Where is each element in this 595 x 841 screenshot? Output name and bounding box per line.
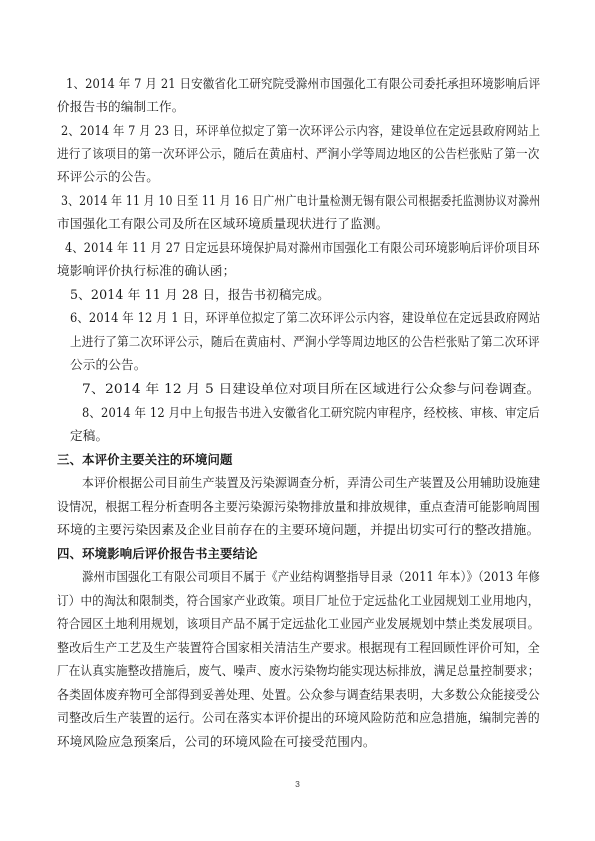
section-heading: 四、环境影响后评价报告书主要结论 xyxy=(57,546,258,562)
text-line: 订）中的淘汰和限制类，符合国家产业政策。项目厂址位于定远盐化工业园规划工业用地内… xyxy=(57,593,540,609)
page-number: 3 xyxy=(0,779,595,789)
text-line: 本评价根据公司目前生产装置及污染源调查分析，弄清公司生产装置及公用辅助设施建 xyxy=(82,475,540,491)
text-line: 定稿。 xyxy=(70,428,108,444)
text-line: 价报告书的编制工作。 xyxy=(57,99,184,115)
text-line: 整改后生产工艺及生产装置符合国家相关清洁生产要求。根据现有工程回顾性评价可知，全 xyxy=(57,640,540,656)
section-heading: 三、本评价主要关注的环境问题 xyxy=(57,452,233,468)
text-line: 境影响评价执行标准的确认函； xyxy=(57,263,235,279)
text-line: 司整改后生产装置的运行。公司在落实本评价提出的环境风险防范和应急措施，编制完善的 xyxy=(57,710,540,726)
document-page: 1、2014 年 7 月 21 日安徽省化工研究院受滁州市国强化工有限公司委托承… xyxy=(0,0,595,841)
text-line: 3、2014 年 11 月 10 日至 11 月 16 日广州广电计量检测无锡有… xyxy=(61,193,540,209)
text-line: 进行了该项目的第一次环评公示，随后在黄庙村、严涧小学等周边地区的公告栏张贴了第一… xyxy=(57,146,540,162)
text-line: 符合园区土地利用规划，该项目产品不属于定远盐化工业园产业发展规划中禁止类发展项目… xyxy=(57,616,540,632)
text-line: 7、2014 年 12 月 5 日建设单位对项目所在区域进行公众参与问卷调查。 xyxy=(82,381,540,397)
text-line: 5、2014 年 11 月 28 日，报告书初稿完成。 xyxy=(70,287,330,303)
text-line: 环境的主要污染因素及企业目前存在的主要环境问题，并提出切实可行的整改措施。 xyxy=(57,522,540,538)
text-line: 1、2014 年 7 月 21 日安徽省化工研究院受滁州市国强化工有限公司委托承… xyxy=(66,76,540,92)
text-line: 8、2014 年 12 月中上旬报告书进入安徽省化工研究院内审程序，经校核、审核… xyxy=(82,405,540,421)
text-line: 环境风险应急预案后，公司的环境风险在可接受范围内。 xyxy=(57,734,376,750)
text-line: 厂在认真实施整改措施后，废气、噪声、废水污染物均能实现达标排放，满足总量控制要求… xyxy=(57,663,540,679)
text-line: 4、2014 年 11 月 27 日定远县环境保护局对滁州市国强化工有限公司环境… xyxy=(65,240,540,256)
text-line: 公示的公告。 xyxy=(70,357,146,373)
text-line: 6、2014 年 12 月 1 日，环评单位拟定了第二次环评公示内容，建设单位在… xyxy=(70,310,540,326)
text-line: 2、2014 年 7 月 23 日，环评单位拟定了第一次环评公示内容，建设单位在… xyxy=(61,123,540,139)
text-line: 环评公示的公告。 xyxy=(57,169,159,185)
text-line: 滁州市国强化工有限公司项目不属于《产业结构调整指导目录（2011 年本）》（20… xyxy=(82,569,540,585)
text-line: 设情况，根据工程分析查明各主要污染源污染物排放量和排放规律，重点查清可能影响周围 xyxy=(57,499,540,515)
text-line: 市国强化工有限公司及所在区域环境质量现状进行了监测。 xyxy=(57,216,388,232)
text-line: 各类固体废弃物可全部得到妥善处理、处置。公众参与调查结果表明，大多数公众能接受公 xyxy=(57,687,540,703)
text-line: 上进行了第二次环评公示，随后在黄庙村、严涧小学等周边地区的公告栏张贴了第二次环评 xyxy=(70,334,540,350)
